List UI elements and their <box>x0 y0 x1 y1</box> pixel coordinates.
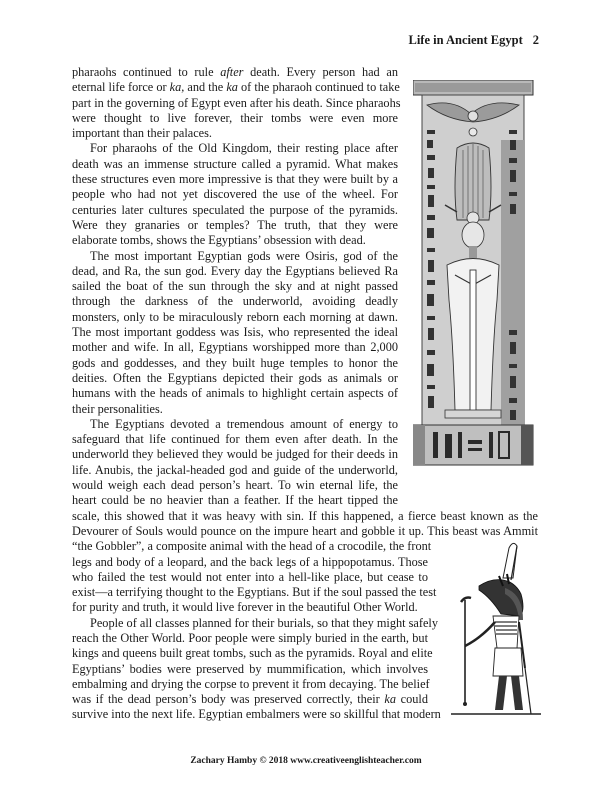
page-footer: Zachary Hamby © 2018 www.creativeenglish… <box>0 756 612 766</box>
text-line: heart could be no heavier than a feather… <box>72 493 398 508</box>
text-run: was if the dead person’s body was preser… <box>72 692 384 706</box>
text-run: for purity and truth, it would live fore… <box>72 600 418 614</box>
text-run: exist—a terrifying thought to the Egypti… <box>72 585 436 599</box>
text-line: who failed the test would not enter into… <box>72 570 428 585</box>
text-run: For pharaohs of the Old Kingdom, their r… <box>90 141 398 155</box>
text-run: of the pharaoh continued to take <box>238 80 400 94</box>
text-line: centuries later cultures speculated the … <box>72 203 398 218</box>
text-line: these structures even more impressive is… <box>72 172 398 187</box>
text-run: The most important Egyptian gods were Os… <box>90 249 398 263</box>
header-title: Life in Ancient Egypt <box>409 33 523 47</box>
text-run: Egyptians’ bodies were preserved by mumm… <box>72 662 428 676</box>
text-line: elaborate tombs, shows the Egyptians’ ob… <box>72 233 398 248</box>
text-run: part in the governing of Egypt even afte… <box>72 96 401 110</box>
text-run: Were they granaries or temples? The trut… <box>72 218 398 232</box>
text-run: humans with the heads of animals to high… <box>72 386 398 400</box>
text-run: their personalities. <box>72 402 163 416</box>
text-run: these structures even more impressive is… <box>72 172 398 186</box>
text-run: who failed the test would not enter into… <box>72 570 428 584</box>
text-run: sailed the boat of the sun through the s… <box>72 279 398 293</box>
text-line: sailed the boat of the sun through the s… <box>72 279 398 294</box>
text-line: The Egyptians devoted a tremendous amoun… <box>72 417 398 432</box>
text-line: death was an immense structure called a … <box>72 157 398 172</box>
text-run: The most important goddess was Isis, who… <box>72 325 398 339</box>
italic-term: ka <box>384 692 396 706</box>
text-line: The most important goddess was Isis, who… <box>72 325 398 340</box>
text-run: underworld they believed they would be j… <box>72 447 398 461</box>
text-run: legs and body of a leopard, and the back… <box>72 555 428 569</box>
text-line: monsters, only to be miraculously reborn… <box>72 310 398 325</box>
osiris-stele-illustration <box>413 80 535 488</box>
text-line: “the Gobbler”, a composite animal with t… <box>72 539 428 554</box>
text-run: pharaohs continued to rule <box>72 65 220 79</box>
text-run: elaborate tombs, shows the Egyptians’ ob… <box>72 233 366 247</box>
text-line: survive into the next life. Egyptian emb… <box>72 707 428 722</box>
text-line: exist—a terrifying thought to the Egypti… <box>72 585 428 600</box>
text-run: could <box>396 692 428 706</box>
text-line: kings and queens built great tombs, such… <box>72 646 428 661</box>
text-line: pharaohs continued to rule after death. … <box>72 65 398 80</box>
text-line: reach the Other World. Poor people were … <box>72 631 428 646</box>
text-run: survive into the next life. Egyptian emb… <box>72 707 441 721</box>
text-line: For pharaohs of the Old Kingdom, their r… <box>72 141 398 156</box>
page-number: 2 <box>533 33 539 47</box>
text-line: embalming and drying the corpse to preve… <box>72 677 428 692</box>
text-line: for purity and truth, it would live fore… <box>72 600 428 615</box>
text-run: centuries later cultures speculated the … <box>72 203 398 217</box>
text-line: mother and wife. In all, Egyptians worsh… <box>72 340 398 355</box>
text-run: kings and queens built great tombs, such… <box>72 646 433 660</box>
text-run: heart could be no heavier than a feather… <box>72 493 398 507</box>
text-line: People of all classes planned for their … <box>72 616 428 631</box>
text-run: scale, this showed that it was heavy wit… <box>72 509 538 523</box>
italic-term: ka <box>226 80 238 94</box>
text-line: through the darkness of the underworld, … <box>72 294 398 309</box>
text-run: deities. Often the Egyptians depicted th… <box>72 371 398 385</box>
text-run: eternal life force or <box>72 80 170 94</box>
text-line: life. Anubis, the jackal-headed god and … <box>72 463 398 478</box>
text-run: and the <box>184 80 226 94</box>
text-line: people who had not yet discovered the us… <box>72 187 398 202</box>
italic-term: ka, <box>170 80 185 94</box>
italic-term: after <box>220 65 243 79</box>
text-line: would weigh each dead person’s heart. To… <box>72 478 398 493</box>
text-run: life. Anubis, the jackal-headed god and … <box>72 463 398 477</box>
text-line: gods and goddesses, and they built huge … <box>72 356 398 371</box>
text-line: Were they granaries or temples? The trut… <box>72 218 398 233</box>
anubis-figure-illustration <box>451 538 546 723</box>
text-run: people who had not yet discovered the us… <box>72 187 398 201</box>
text-run: monsters, only to be miraculously reborn… <box>72 310 398 324</box>
text-line: dead, and Ra, the sun god. Every day the… <box>72 264 398 279</box>
text-line: their personalities. <box>72 402 398 417</box>
text-run: would weigh each dead person’s heart. To… <box>72 478 398 492</box>
text-run: death was an immense structure called a … <box>72 157 398 171</box>
text-line: deities. Often the Egyptians depicted th… <box>72 371 398 386</box>
text-line: important than their palaces. <box>72 126 398 141</box>
text-run: death. Every person had an <box>243 65 398 79</box>
text-line: The most important Egyptian gods were Os… <box>72 249 398 264</box>
text-run: The Egyptians devoted a tremendous amoun… <box>90 417 398 431</box>
text-line: eternal life force or ka, and the ka of … <box>72 80 398 95</box>
text-line: humans with the heads of animals to high… <box>72 386 398 401</box>
text-run: through the darkness of the underworld, … <box>72 294 398 308</box>
text-run: important than their palaces. <box>72 126 212 140</box>
text-run: safeguard that life continued for them e… <box>72 432 398 446</box>
text-run: Devourer of Souls would pounce on the im… <box>72 524 538 538</box>
text-line: safeguard that life continued for them e… <box>72 432 398 447</box>
text-line: was if the dead person’s body was preser… <box>72 692 428 707</box>
text-run: dead, and Ra, the sun god. Every day the… <box>72 264 398 278</box>
text-line: Devourer of Souls would pounce on the im… <box>72 524 538 539</box>
text-run: “the Gobbler”, a composite animal with t… <box>72 539 431 553</box>
text-line: legs and body of a leopard, and the back… <box>72 555 428 570</box>
text-line: part in the governing of Egypt even afte… <box>72 96 398 111</box>
text-line: Egyptians’ bodies were preserved by mumm… <box>72 662 428 677</box>
text-run: embalming and drying the corpse to preve… <box>72 677 430 691</box>
text-line: were thought to live forever, their tomb… <box>72 111 398 126</box>
text-line: scale, this showed that it was heavy wit… <box>72 509 538 524</box>
text-run: were thought to live forever, their tomb… <box>72 111 398 125</box>
text-run: gods and goddesses, and they built huge … <box>72 356 398 370</box>
text-line: underworld they believed they would be j… <box>72 447 398 462</box>
running-header: Life in Ancient Egypt2 <box>409 33 540 48</box>
text-run: reach the Other World. Poor people were … <box>72 631 428 645</box>
text-run: mother and wife. In all, Egyptians worsh… <box>72 340 398 354</box>
text-run: People of all classes planned for their … <box>90 616 438 630</box>
